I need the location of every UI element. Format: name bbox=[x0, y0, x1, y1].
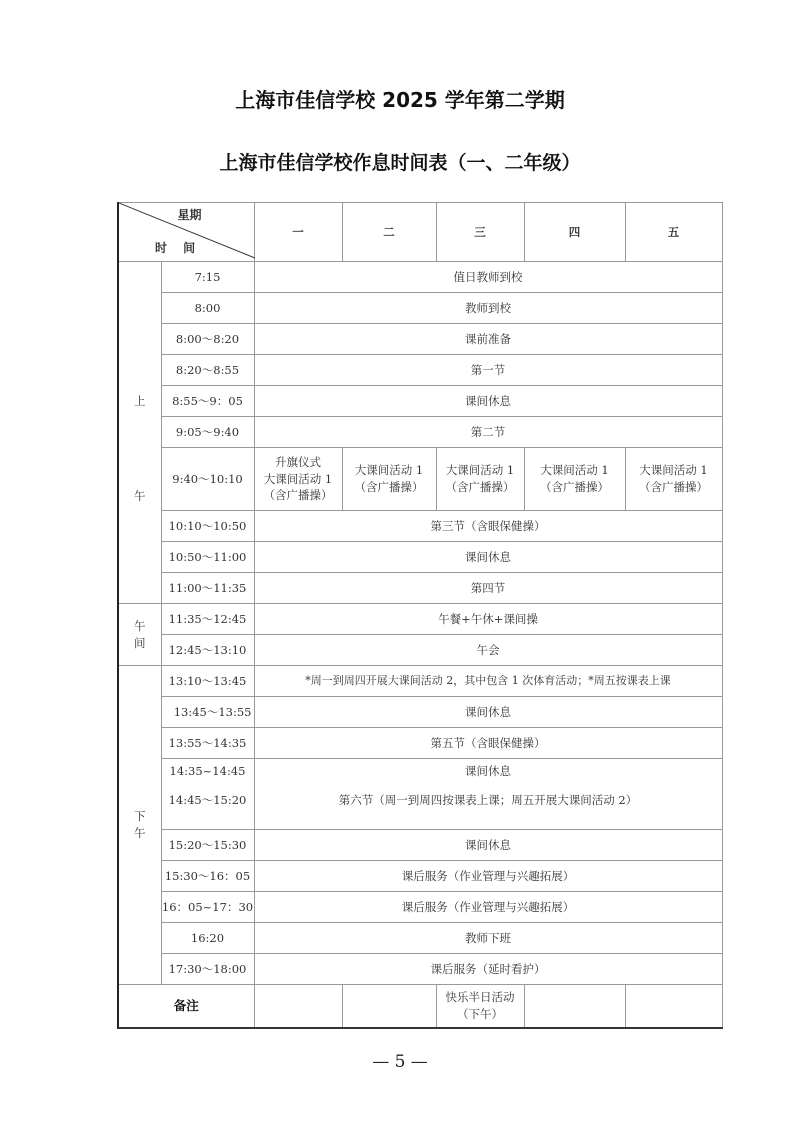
activity-cell: 课间休息 第六节（周一到周四按课表上课；周五开展大课间活动 2） bbox=[254, 759, 722, 830]
table-row: 上 午 7:15 值日教师到校 bbox=[118, 262, 722, 293]
notes-cell-mon bbox=[254, 985, 342, 1029]
activity-cell: 值日教师到校 bbox=[254, 262, 722, 293]
table-row: 12:45～13:10 午会 bbox=[118, 635, 722, 666]
activity-cell: 课前准备 bbox=[254, 324, 722, 355]
time-cell: 13:55～14:35 bbox=[161, 728, 254, 759]
time-cell: 15:30～16：05 bbox=[161, 861, 254, 892]
section-morning: 上 午 bbox=[118, 262, 161, 604]
activity-cell: 课间休息 bbox=[254, 697, 722, 728]
table-row: 10:10～10:50 第三节（含眼保健操） bbox=[118, 511, 722, 542]
table-row: 16：05~17：30 课后服务（作业管理与兴趣拓展） bbox=[118, 892, 722, 923]
activity-cell: 第三节（含眼保健操） bbox=[254, 511, 722, 542]
time-cell: 11:00～11:35 bbox=[161, 573, 254, 604]
table-row: 午 间 11:35～12:45 午餐+午休+课间操 bbox=[118, 604, 722, 635]
time-cell: 10:10～10:50 bbox=[161, 511, 254, 542]
day-header-fri: 五 bbox=[625, 203, 722, 262]
table-row: 15:20～15:30 课间休息 bbox=[118, 830, 722, 861]
activity-cell: 课间休息 bbox=[254, 830, 722, 861]
time-cell: 7:15 bbox=[161, 262, 254, 293]
table-row: 9:05～9:40 第二节 bbox=[118, 417, 722, 448]
table-row: 14:35~14:45 14:45～15:20 课间休息 第六节（周一到周四按课… bbox=[118, 759, 722, 830]
time-cell: 11:35～12:45 bbox=[161, 604, 254, 635]
half-day-activity-text: 快乐半日活动 bbox=[437, 989, 524, 1006]
activity-line: 大课间活动 1 bbox=[255, 471, 342, 488]
activity-line: 大课间活动 1 bbox=[437, 462, 524, 479]
table-row: 17:30～18:00 课后服务（延时看护） bbox=[118, 954, 722, 985]
notes-cell-thu bbox=[524, 985, 625, 1029]
notes-cell-fri bbox=[625, 985, 722, 1029]
time-cell: 15:20～15:30 bbox=[161, 830, 254, 861]
activity-line: 大课间活动 1 bbox=[525, 462, 625, 479]
activity-line: 大课间活动 1 bbox=[343, 462, 436, 479]
activity-cell-wed: 大课间活动 1 （含广播操） bbox=[436, 448, 524, 511]
table-row: 15:30～16：05 课后服务（作业管理与兴趣拓展） bbox=[118, 861, 722, 892]
activity-cell: 课后服务（作业管理与兴趣拓展） bbox=[254, 892, 722, 923]
activity-cell: 课间休息 bbox=[254, 542, 722, 573]
section-noon: 午 间 bbox=[118, 604, 161, 666]
time-cell: 13:10～13:45 bbox=[161, 666, 254, 697]
table-row: 8:55～9：05 课间休息 bbox=[118, 386, 722, 417]
notes-row: 备注 快乐半日活动 （下午） bbox=[118, 985, 722, 1029]
day-header-tue: 二 bbox=[342, 203, 436, 262]
time-cell: 9:05～9:40 bbox=[161, 417, 254, 448]
time-cell: 17:30～18:00 bbox=[161, 954, 254, 985]
activity-cell: 午餐+午休+课间操 bbox=[254, 604, 722, 635]
notes-cell-tue bbox=[342, 985, 436, 1029]
schedule-title: 上海市佳信学校作息时间表（一、二年级） bbox=[0, 148, 800, 175]
section-noon-top: 午 bbox=[119, 618, 161, 635]
schedule-table: 星期 时 间 一 二 三 四 五 上 午 7:15 值日教师到校 8:00 教师… bbox=[117, 202, 723, 1029]
header-row: 星期 时 间 一 二 三 四 五 bbox=[118, 203, 722, 262]
flag-ceremony-text: 升旗仪式 bbox=[255, 454, 342, 471]
time-cell: 8:55～9：05 bbox=[161, 386, 254, 417]
table-row: 13:45～13:55 课间休息 bbox=[118, 697, 722, 728]
time-cell: 13:45～13:55 bbox=[161, 697, 254, 728]
activity-cell: *周一到周四开展大课间活动 2，其中包含 1 次体育活动；*周五按课表上课 bbox=[254, 666, 722, 697]
activity-line: （含广播操） bbox=[437, 479, 524, 496]
page-number: — 5 — bbox=[0, 1052, 800, 1072]
activity-cell-thu: 大课间活动 1 （含广播操） bbox=[524, 448, 625, 511]
activity-cell: 第一节 bbox=[254, 355, 722, 386]
day-header-wed: 三 bbox=[436, 203, 524, 262]
time-cell: 8:00 bbox=[161, 293, 254, 324]
activity-cell: 第五节（含眼保健操） bbox=[254, 728, 722, 759]
day-header-mon: 一 bbox=[254, 203, 342, 262]
activity-cell: 教师下班 bbox=[254, 923, 722, 954]
section-noon-bottom: 间 bbox=[119, 635, 161, 652]
section-afternoon-top: 下 bbox=[119, 808, 161, 825]
notes-label: 备注 bbox=[118, 985, 254, 1029]
section-afternoon-bottom: 午 bbox=[119, 825, 161, 842]
time-cell: 16：05~17：30 bbox=[161, 892, 254, 923]
corner-weekday-label: 星期 bbox=[177, 207, 201, 224]
time-cell: 10:50～11:00 bbox=[161, 542, 254, 573]
activity-break: 课间休息 bbox=[255, 759, 722, 780]
corner-header: 星期 时 间 bbox=[118, 203, 254, 262]
activity-cell: 第四节 bbox=[254, 573, 722, 604]
table-row: 9:40～10:10 升旗仪式 大课间活动 1 （含广播操） 大课间活动 1 （… bbox=[118, 448, 722, 511]
activity-cell-fri: 大课间活动 1 （含广播操） bbox=[625, 448, 722, 511]
table-row: 16:20 教师下班 bbox=[118, 923, 722, 954]
activity-cell: 午会 bbox=[254, 635, 722, 666]
activity-cell: 课后服务（作业管理与兴趣拓展） bbox=[254, 861, 722, 892]
activity-cell: 课后服务（延时看护） bbox=[254, 954, 722, 985]
activity-line: （含广播操） bbox=[343, 479, 436, 496]
notes-cell-wed: 快乐半日活动 （下午） bbox=[436, 985, 524, 1029]
time-break: 14:35~14:45 bbox=[162, 759, 254, 780]
corner-time-label: 时 间 bbox=[155, 240, 201, 257]
section-morning-bottom: 午 bbox=[119, 488, 161, 505]
time-cell: 14:35~14:45 14:45～15:20 bbox=[161, 759, 254, 830]
table-row: 13:55～14:35 第五节（含眼保健操） bbox=[118, 728, 722, 759]
activity-line: （含广播操） bbox=[255, 487, 342, 504]
day-header-thu: 四 bbox=[524, 203, 625, 262]
activity-period-six: 第六节（周一到周四按课表上课；周五开展大课间活动 2） bbox=[255, 780, 722, 809]
document-title: 上海市佳信学校 2025 学年第二学期 bbox=[0, 84, 800, 113]
activity-cell-tue: 大课间活动 1 （含广播操） bbox=[342, 448, 436, 511]
time-cell: 8:00～8:20 bbox=[161, 324, 254, 355]
activity-cell: 课间休息 bbox=[254, 386, 722, 417]
activity-line: 大课间活动 1 bbox=[626, 462, 722, 479]
table-row: 10:50～11:00 课间休息 bbox=[118, 542, 722, 573]
activity-cell-mon: 升旗仪式 大课间活动 1 （含广播操） bbox=[254, 448, 342, 511]
table-row: 8:20～8:55 第一节 bbox=[118, 355, 722, 386]
time-period-six: 14:45～15:20 bbox=[162, 780, 254, 809]
time-cell: 8:20～8:55 bbox=[161, 355, 254, 386]
activity-line: （含广播操） bbox=[525, 479, 625, 496]
table-row: 下 午 13:10～13:45 *周一到周四开展大课间活动 2，其中包含 1 次… bbox=[118, 666, 722, 697]
activity-cell: 第二节 bbox=[254, 417, 722, 448]
activity-line: （含广播操） bbox=[626, 479, 722, 496]
time-cell: 16:20 bbox=[161, 923, 254, 954]
activity-cell: 教师到校 bbox=[254, 293, 722, 324]
table-row: 11:00～11:35 第四节 bbox=[118, 573, 722, 604]
section-afternoon: 下 午 bbox=[118, 666, 161, 985]
section-morning-top: 上 bbox=[119, 393, 161, 410]
time-cell: 12:45～13:10 bbox=[161, 635, 254, 666]
table-row: 8:00 教师到校 bbox=[118, 293, 722, 324]
afternoon-note: （下午） bbox=[437, 1006, 524, 1023]
table-row: 8:00～8:20 课前准备 bbox=[118, 324, 722, 355]
time-cell: 9:40～10:10 bbox=[161, 448, 254, 511]
